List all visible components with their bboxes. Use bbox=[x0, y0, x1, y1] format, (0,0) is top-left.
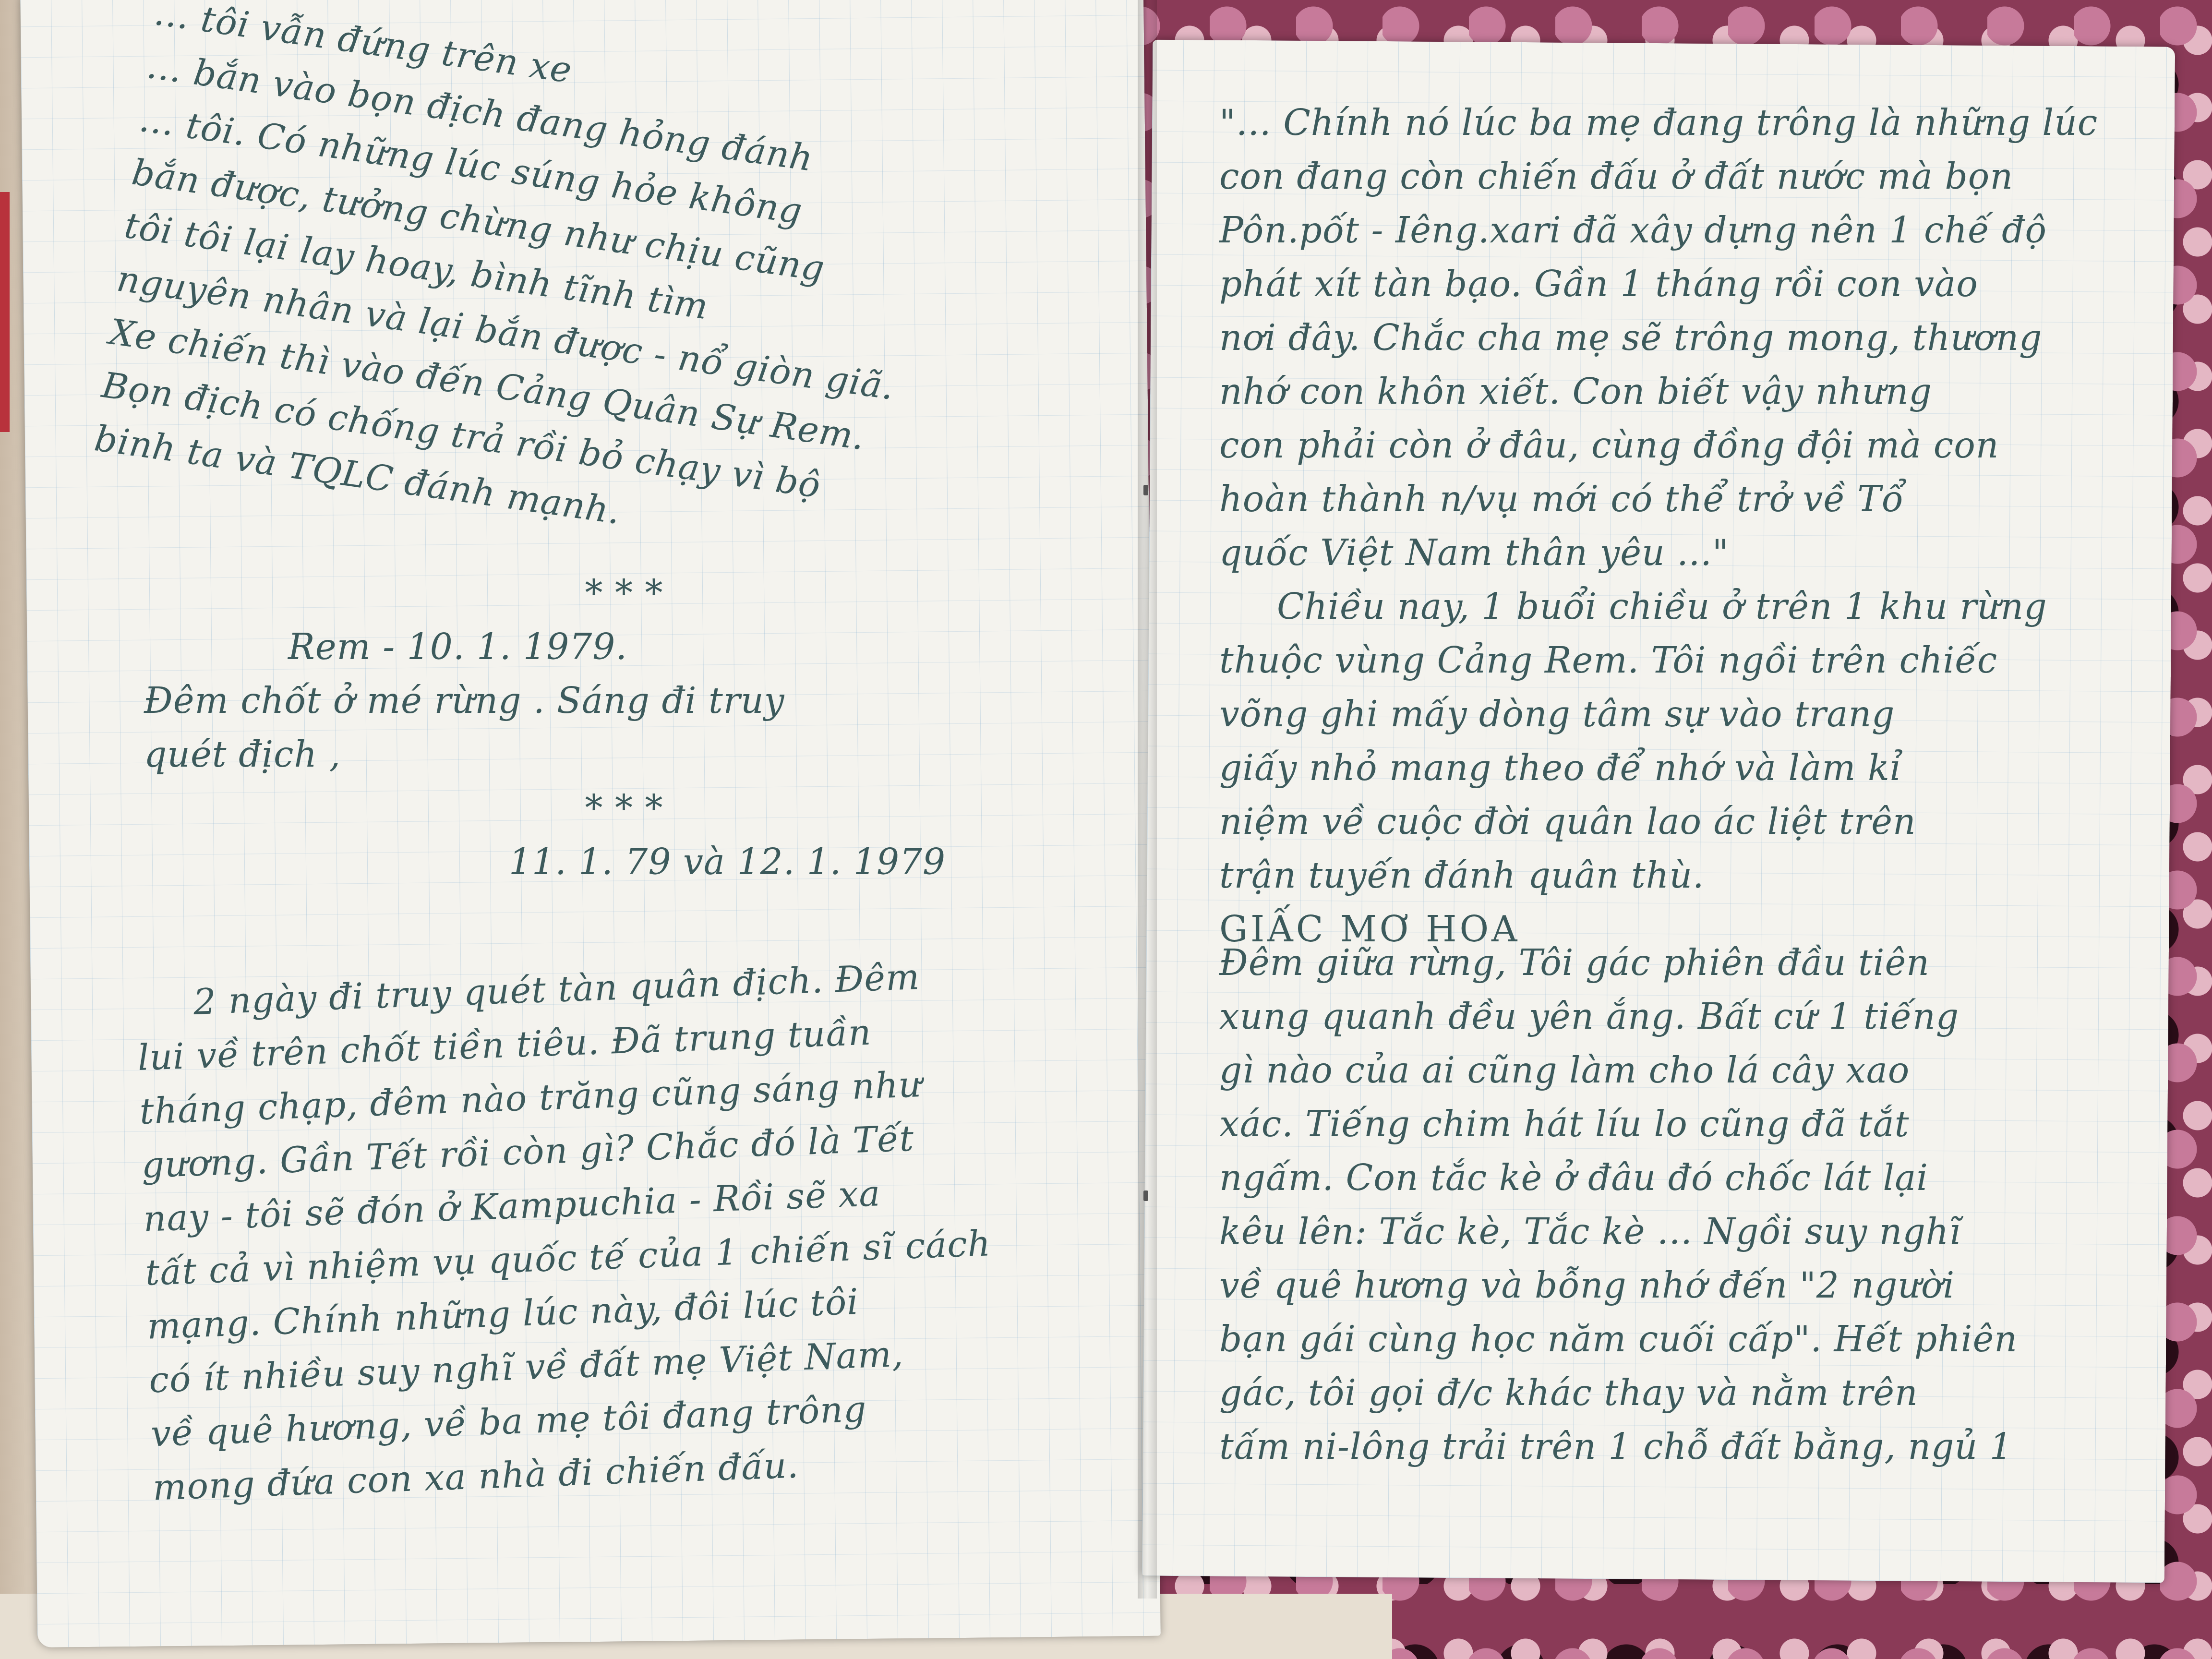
handwritten-line: thuộc vùng Cảng Rem. Tôi ngồi trên chiếc bbox=[1219, 634, 2131, 687]
handwritten-line: quốc Việt Nam thân yêu ..." bbox=[1219, 526, 2131, 580]
handwritten-line: nơi đây. Chắc cha mẹ sẽ trông mong, thươ… bbox=[1219, 311, 2131, 365]
handwritten-line: giấy nhỏ mang theo để nhớ và làm kỉ bbox=[1219, 741, 2131, 795]
handwritten-line: hoàn thành n/vụ mới có thể trở về Tổ bbox=[1219, 472, 2131, 526]
entry-date: 11. 1. 79 và 12. 1. 1979 bbox=[144, 835, 1104, 889]
handwritten-line: tấm ni-lông trải trên 1 chỗ đất bằng, ng… bbox=[1219, 1420, 2131, 1474]
handwritten-line: trận tuyến đánh quân thù. bbox=[1219, 849, 2131, 902]
handwritten-line: gì nào của ai cũng làm cho lá cây xao bbox=[1219, 1044, 2131, 1097]
handwritten-line: con đang còn chiến đấu ở đất nước mà bọn bbox=[1219, 150, 2131, 204]
handwritten-line: gác, tôi gọi đ/c khác thay và nằm trên bbox=[1219, 1366, 2131, 1420]
handwritten-line: Chiều nay, 1 buổi chiều ở trên 1 khu rừn… bbox=[1219, 580, 2131, 634]
red-book-edge bbox=[0, 192, 10, 432]
left-page-block-3: 2 ngày đi truy quét tàn quân địch. Đêm l… bbox=[135, 943, 1137, 1515]
handwritten-line: ngấm. Con tắc kè ở đâu đó chốc lát lại bbox=[1219, 1151, 2131, 1205]
left-page-block-2: * * * Rem - 10. 1. 1979. Đêm chốt ở mé r… bbox=[144, 566, 1104, 889]
handwritten-line: Đêm giữa rừng, Tôi gác phiên đầu tiên bbox=[1219, 936, 2131, 990]
handwritten-line: xác. Tiếng chim hát líu lo cũng đã tắt bbox=[1219, 1097, 2131, 1151]
handwritten-line: con phải còn ở đâu, cùng đồng đội mà con bbox=[1219, 419, 2131, 472]
handwritten-line: Pôn.pốt - Iêng.xari đã xây dựng nên 1 ch… bbox=[1219, 204, 2131, 257]
right-page-block-3: Đêm giữa rừng, Tôi gác phiên đầu tiên xu… bbox=[1219, 936, 2131, 1474]
handwritten-line: niệm về cuộc đời quân lao ác liệt trên bbox=[1219, 795, 2131, 849]
entry-date: Rem - 10. 1. 1979. bbox=[144, 620, 1104, 674]
handwritten-line: bạn gái cùng học năm cuối cấp". Hết phiê… bbox=[1219, 1312, 2131, 1366]
staple bbox=[1143, 485, 1148, 495]
handwritten-line: "... Chính nó lúc ba mẹ đang trông là nh… bbox=[1219, 96, 2131, 150]
right-page-block-1: "... Chính nó lúc ba mẹ đang trông là nh… bbox=[1219, 96, 2131, 956]
handwritten-line: võng ghi mấy dòng tâm sự vào trang bbox=[1219, 687, 2131, 741]
separator-stars: * * * bbox=[144, 566, 1104, 620]
handwritten-line: về quê hương và bỗng nhớ đến "2 người bbox=[1219, 1259, 2131, 1312]
handwritten-line: Đêm chốt ở mé rừng . Sáng đi truy bbox=[144, 674, 1104, 728]
staple bbox=[1143, 1190, 1148, 1201]
separator-stars: * * * bbox=[144, 781, 1104, 835]
handwritten-line: kêu lên: Tắc kè, Tắc kè ... Ngồi suy ngh… bbox=[1219, 1205, 2131, 1259]
handwritten-line: quét địch , bbox=[144, 728, 1104, 781]
handwritten-line: xung quanh đều yên ắng. Bất cứ 1 tiếng bbox=[1219, 990, 2131, 1044]
notebook-gutter bbox=[1138, 0, 1157, 1599]
handwritten-line: phát xít tàn bạo. Gần 1 tháng rồi con và… bbox=[1219, 257, 2131, 311]
handwritten-line: nhớ con khôn xiết. Con biết vậy nhưng bbox=[1219, 365, 2131, 419]
